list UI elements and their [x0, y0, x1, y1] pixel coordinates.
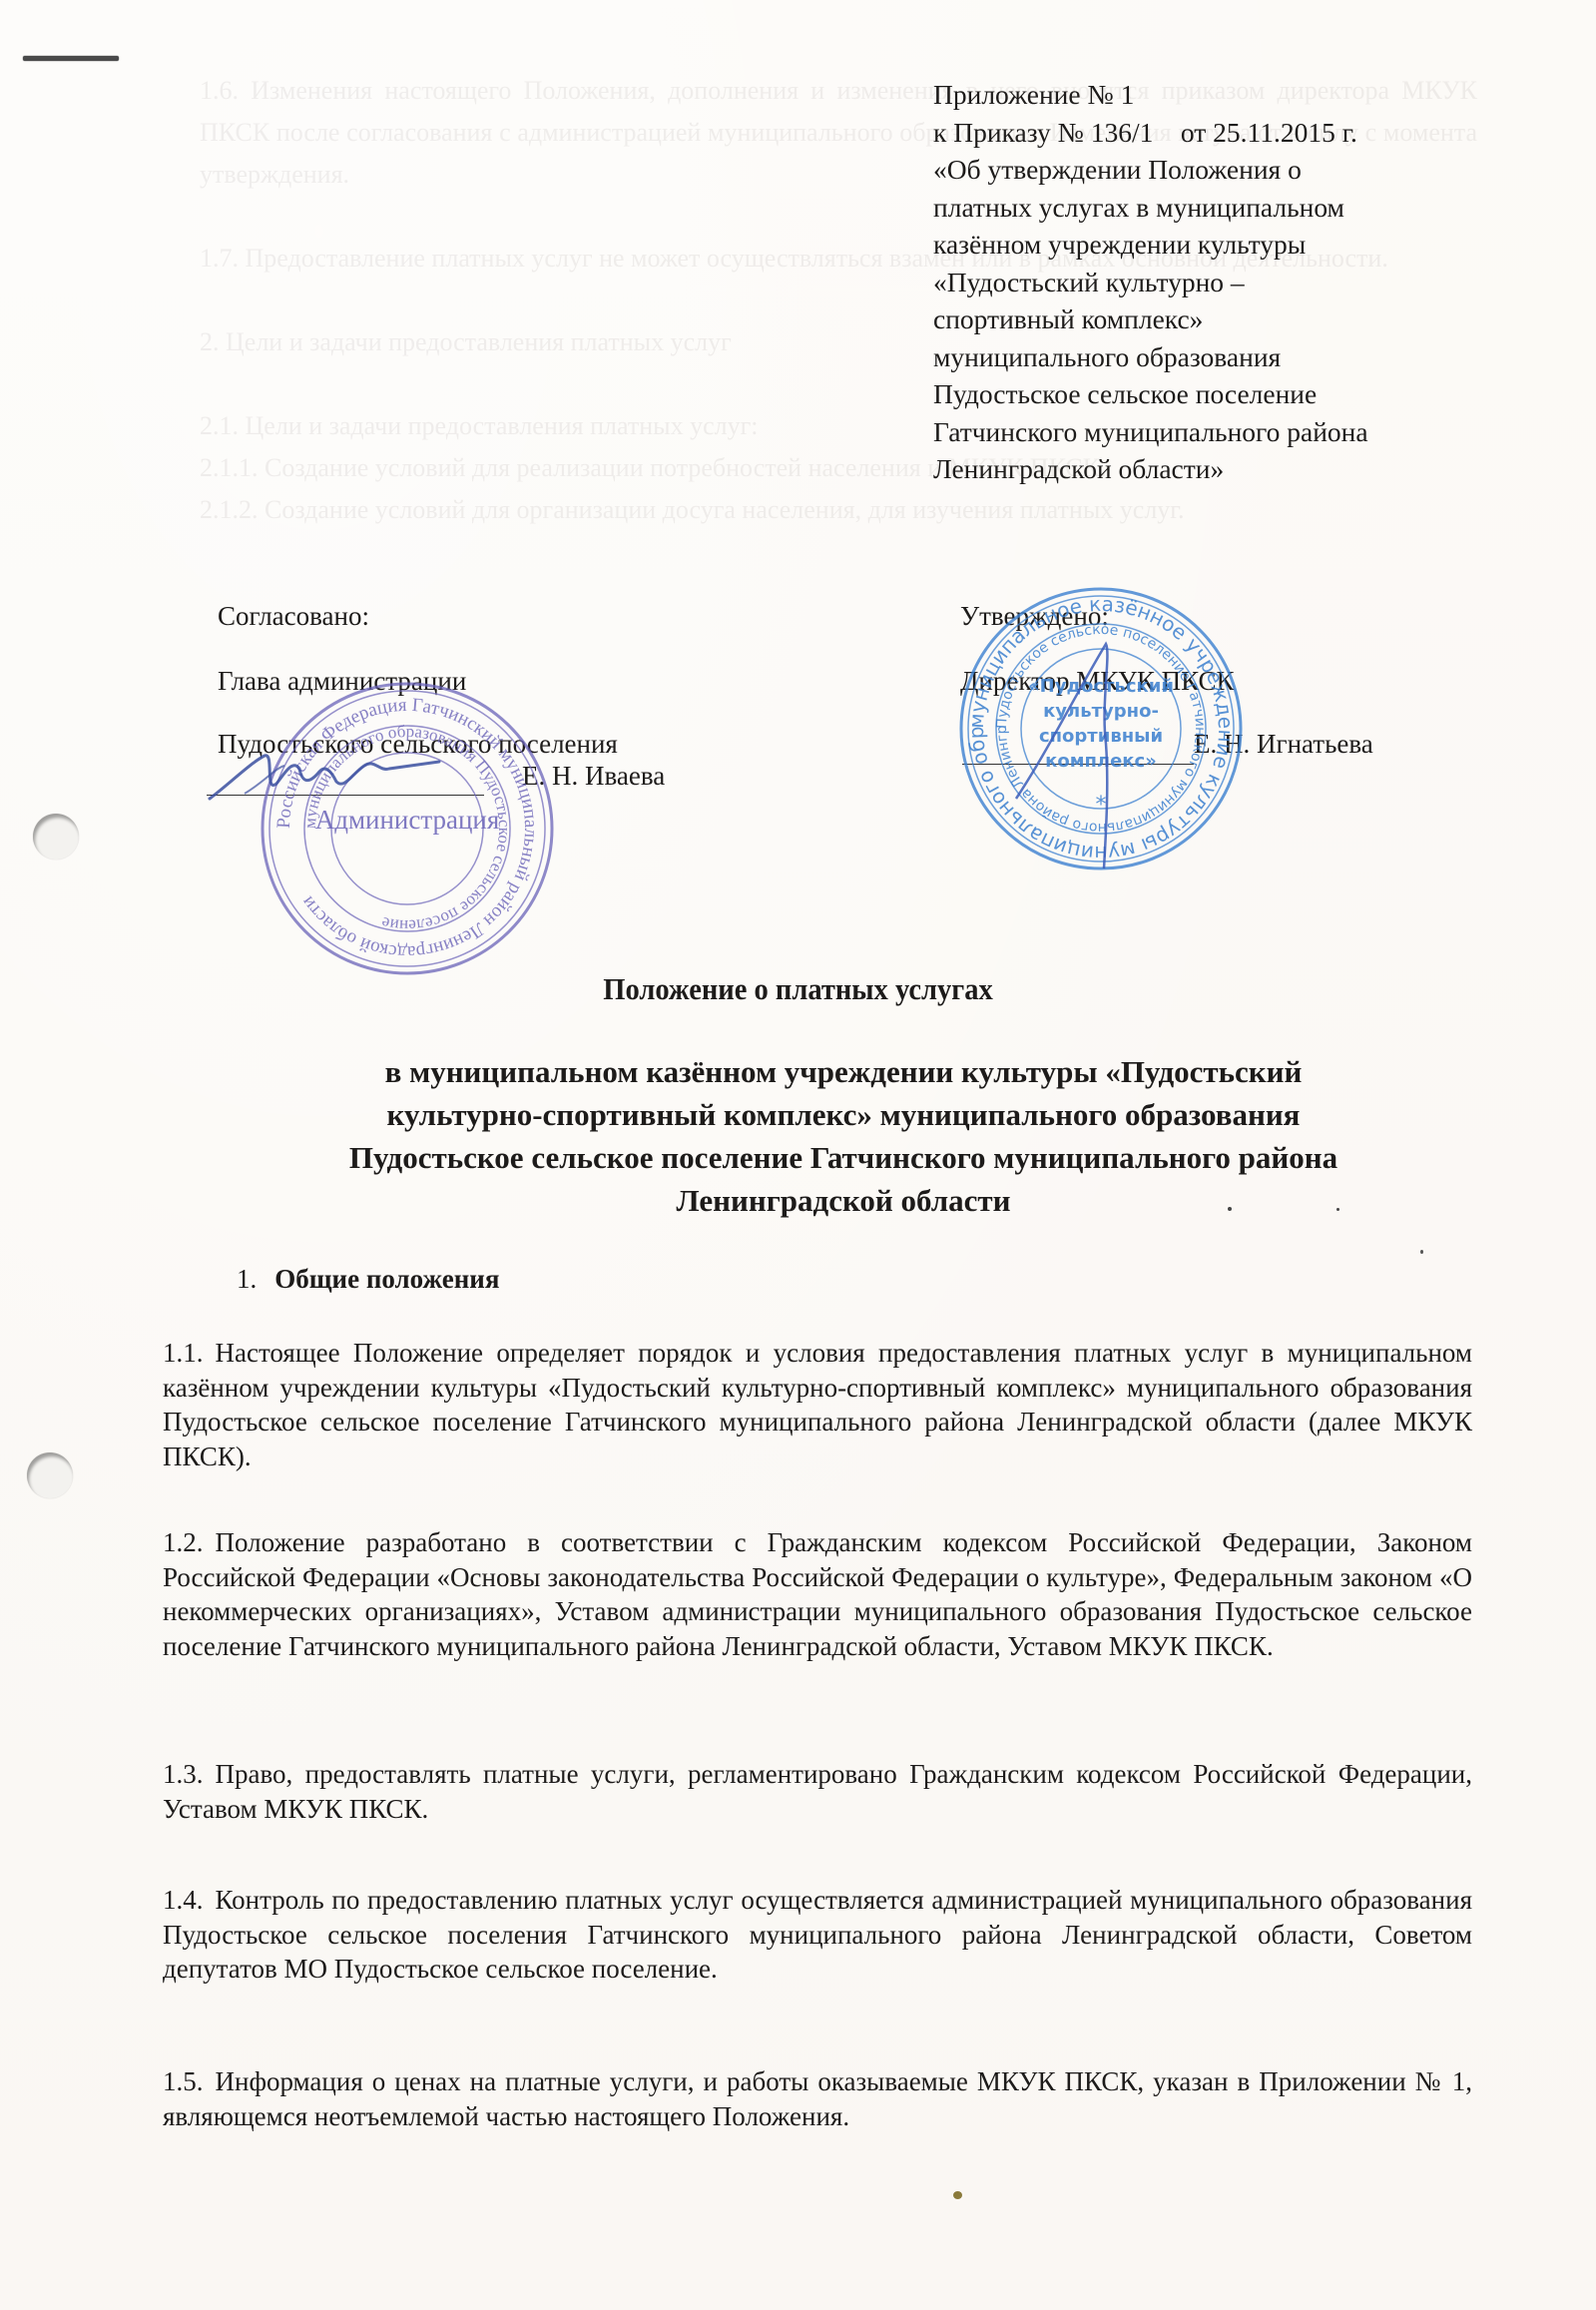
paragraph-number: 1.1. — [163, 1338, 204, 1368]
punch-hole-top — [33, 814, 79, 860]
subtitle-line: Ленинградской области — [180, 1179, 1507, 1222]
appendix-line: «Пудостьский культурно – — [933, 264, 1492, 301]
appendix-line: Пудостьское сельское поселение — [933, 375, 1492, 413]
approval-name: Е. Н. Игнатьева — [1194, 729, 1373, 760]
appendix-line: «Об утверждении Положения о — [933, 151, 1492, 189]
paragraph-1-4: 1.4.Контроль по предоставлению платных у… — [163, 1883, 1472, 1987]
admin-stamp-icon: Российская Федерация Гатчинский муниципа… — [258, 679, 557, 978]
paragraph-1-1: 1.1.Настоящее Положение определяет поряд… — [163, 1336, 1472, 1473]
svg-text:культурно-: культурно- — [1043, 701, 1159, 722]
approval-name: Е. Н. Иваева — [522, 761, 665, 792]
approval-label: Согласовано: — [218, 601, 369, 632]
paragraph-1-2: 1.2.Положение разработано в соответствии… — [163, 1525, 1472, 1663]
svg-text:спортивный: спортивный — [1039, 726, 1163, 747]
approval-position: Директор МКУК ПКСК — [960, 666, 1235, 697]
paragraph-1-5: 1.5.Информация о ценах на платные услуги… — [163, 2064, 1472, 2133]
section-title: Общие положения — [274, 1264, 499, 1294]
paragraph-number: 1.3. — [163, 1759, 204, 1789]
approval-label: Утверждено: — [960, 601, 1109, 632]
paragraph-text: Положение разработано в соответствии с Г… — [163, 1527, 1472, 1661]
appendix-line: муниципального образования — [933, 338, 1492, 376]
svg-text:*: * — [1096, 793, 1107, 818]
paragraph-text: Право, предоставлять платные услуги, рег… — [163, 1759, 1472, 1824]
paper-speck — [953, 2191, 962, 2199]
admin-stamp: Российская Федерация Гатчинский муниципа… — [258, 679, 557, 978]
appendix-line: Гатчинского муниципального района — [933, 413, 1492, 451]
paragraph-text: Информация о ценах на платные услуги, и … — [163, 2066, 1472, 2131]
punch-hole-bottom — [27, 1452, 73, 1498]
approval-position: Глава администрации — [218, 666, 466, 697]
subtitle-line: в муниципальном казённом учреждении куль… — [180, 1050, 1507, 1093]
paper-speck — [1228, 1207, 1232, 1211]
appendix-line: спортивный комплекс» — [933, 300, 1492, 338]
document-subtitle: в муниципальном казённом учреждении куль… — [180, 1050, 1507, 1222]
paper-speck — [1336, 1208, 1339, 1211]
scan-mark — [23, 56, 119, 61]
appendix-header: Приложение № 1 к Приказу № 136/1 от 25.1… — [933, 76, 1492, 488]
paragraph-1-3: 1.3.Право, предоставлять платные услуги,… — [163, 1757, 1472, 1826]
scanned-page: 1.6. Изменения настоящего Положения, доп… — [0, 0, 1596, 2310]
paragraph-number: 1.2. — [163, 1527, 204, 1557]
appendix-line: платных услугах в муниципальном — [933, 189, 1492, 227]
subtitle-line: Пудостьское сельское поселение Гатчинско… — [180, 1136, 1507, 1179]
signature-line-right — [962, 764, 1194, 765]
paragraph-number: 1.5. — [163, 2066, 204, 2096]
section-heading: 1.Общие положения — [237, 1264, 499, 1295]
paragraph-number: 1.4. — [163, 1885, 204, 1915]
appendix-line: Приложение № 1 — [933, 76, 1492, 114]
appendix-line: казённом учреждении культуры — [933, 226, 1492, 264]
svg-text:комплекс»: комплекс» — [1045, 751, 1157, 772]
signature-left-icon — [205, 744, 464, 814]
paragraph-text: Контроль по предоставлению платных услуг… — [163, 1885, 1472, 1984]
section-number: 1. — [237, 1264, 257, 1294]
document-title: Положение о платных услугах — [64, 971, 1532, 1007]
subtitle-line: культурно-спортивный комплекс» муниципал… — [180, 1093, 1507, 1136]
paper-speck — [1420, 1250, 1423, 1254]
paragraph-text: Настоящее Положение определяет порядок и… — [163, 1338, 1472, 1471]
appendix-line: к Приказу № 136/1 от 25.11.2015 г. — [933, 114, 1492, 152]
appendix-line: Ленинградской области» — [933, 450, 1492, 488]
